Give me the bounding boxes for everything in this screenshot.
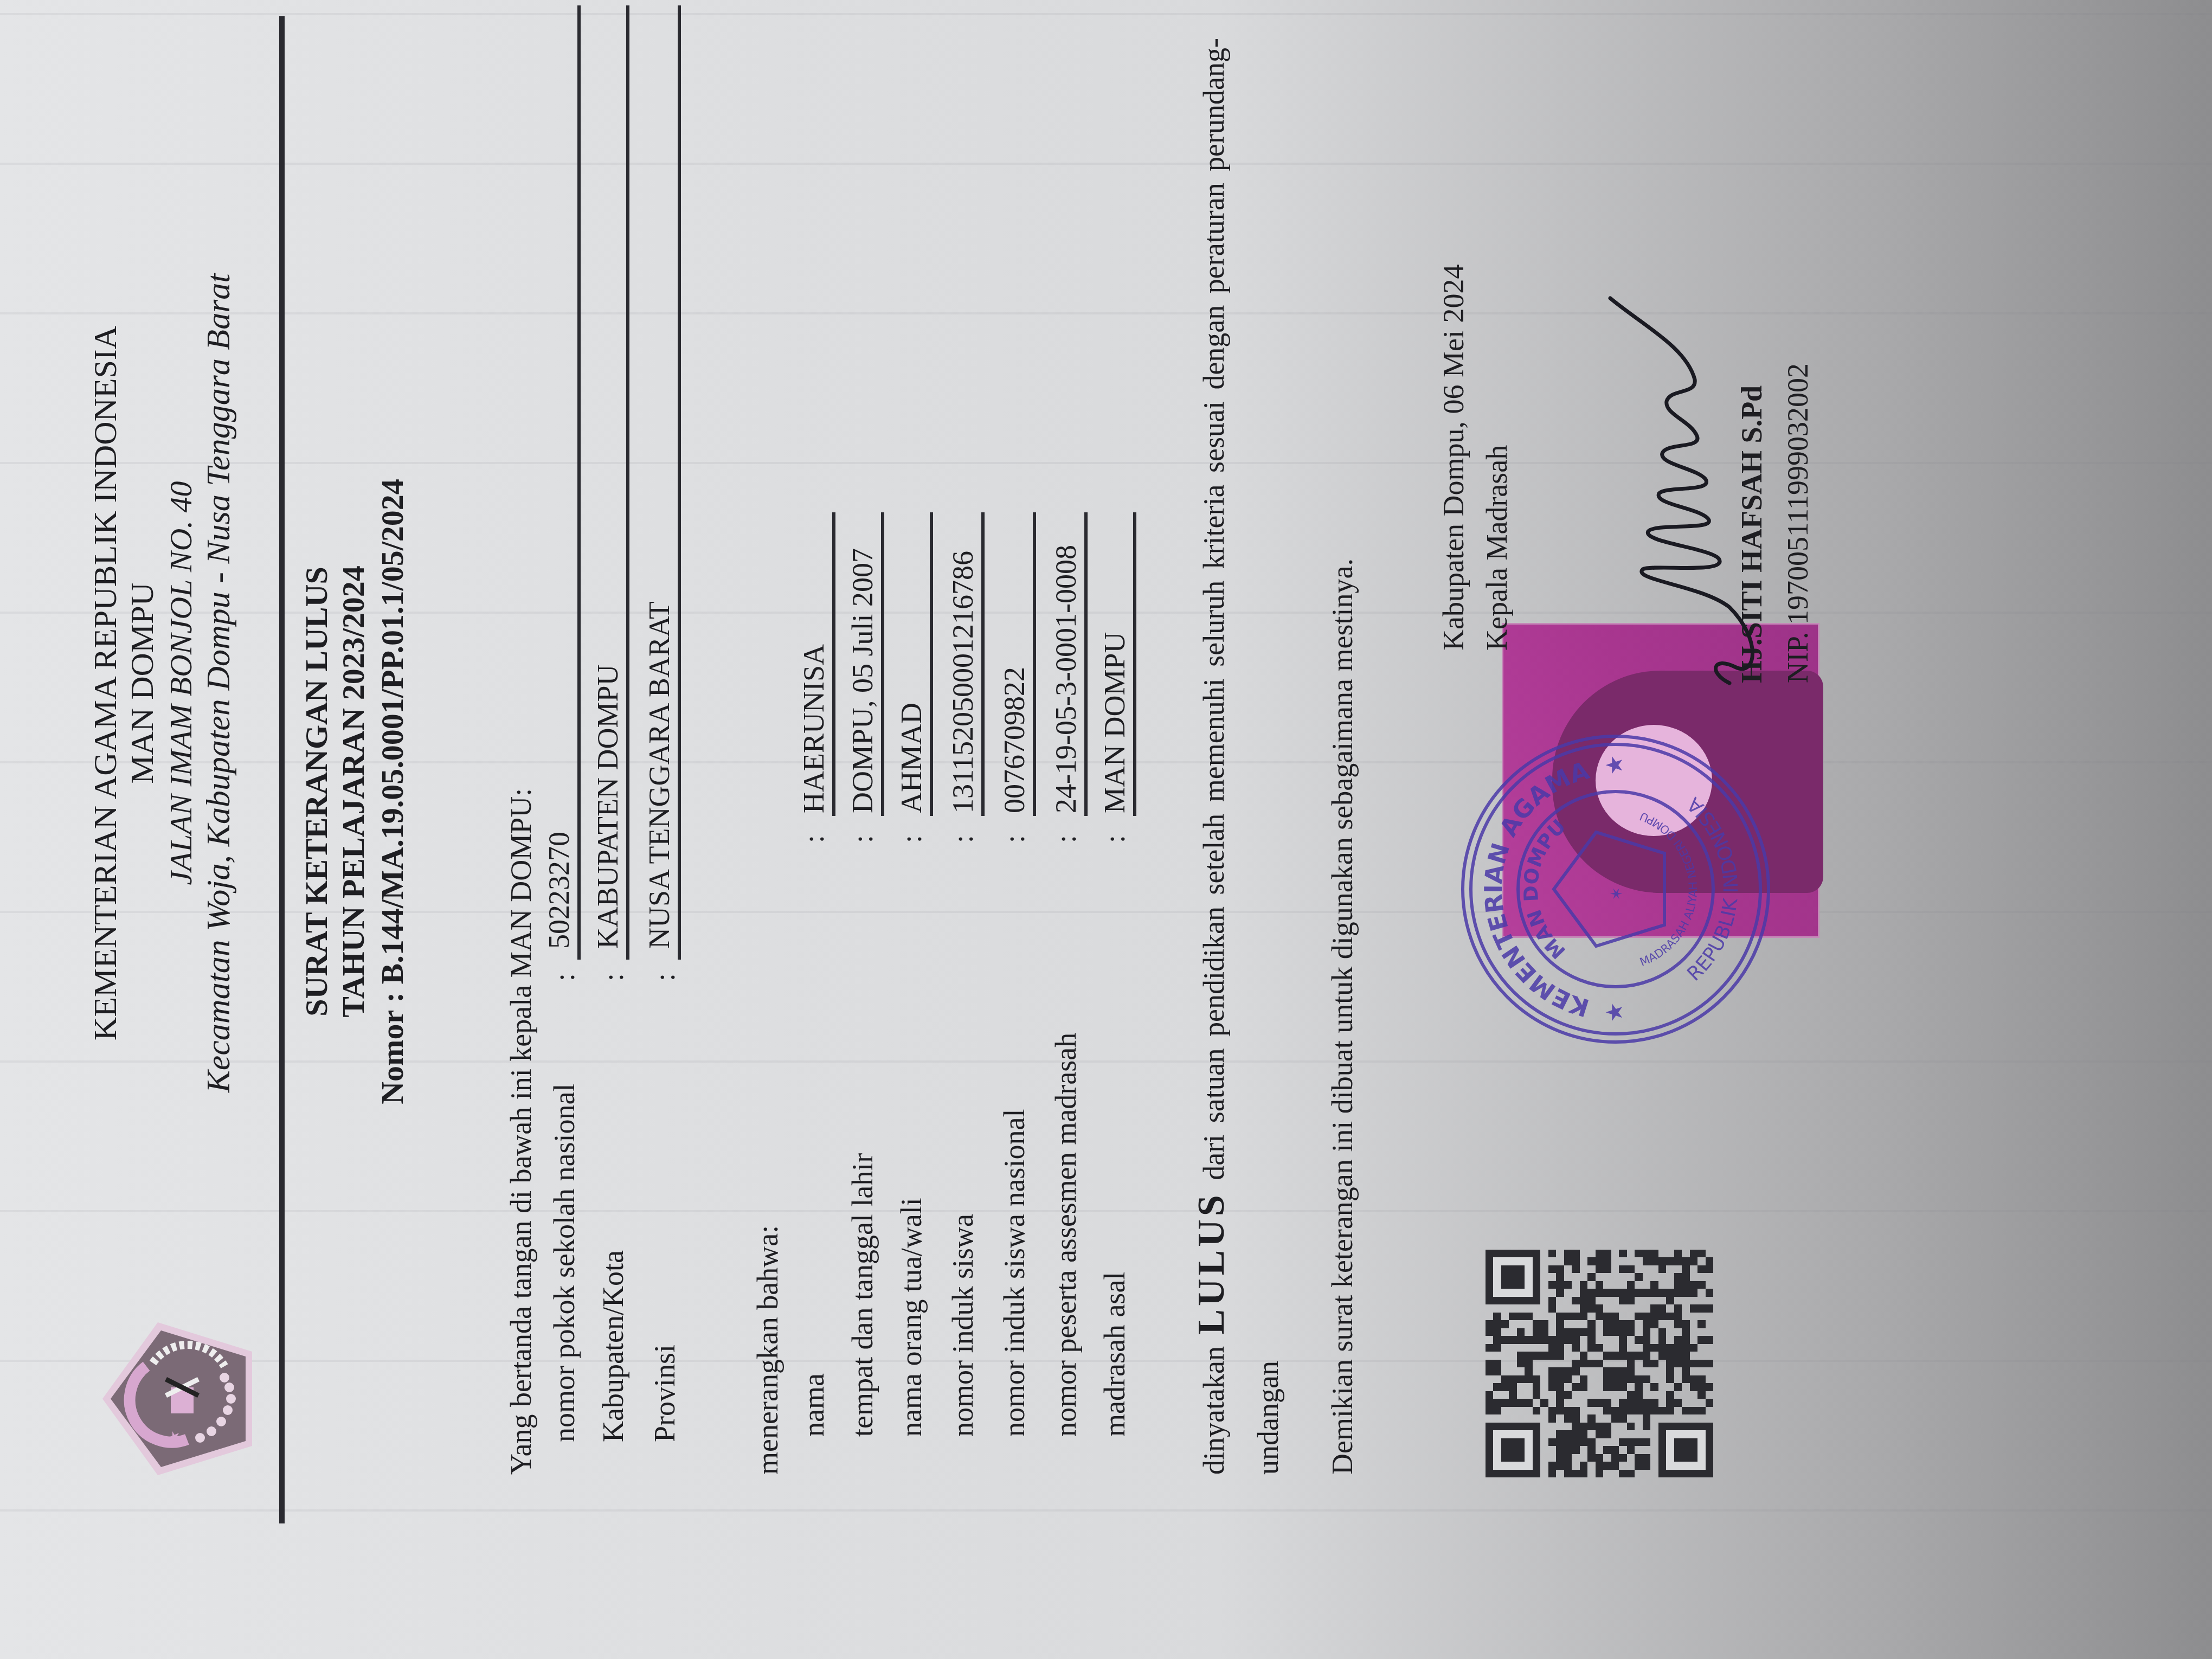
svg-text:★: ★	[1601, 1002, 1628, 1023]
colon: :	[797, 835, 831, 843]
underline	[832, 512, 835, 816]
school-address: JALAN IMAM BONJOL NO. 40	[163, 33, 199, 1334]
colon: :	[548, 973, 581, 981]
kabupaten-label: Kabupaten/Kota	[596, 1250, 630, 1442]
colon: :	[998, 835, 1031, 843]
wali-label: nama orang tua/wali	[895, 1198, 928, 1437]
npsn-label: nomor pokok sekolah nasional	[548, 1084, 581, 1442]
madrasah-asal-label: madrasah asal	[1098, 1272, 1131, 1437]
svg-text:✶: ✶	[1607, 887, 1626, 901]
underline	[881, 512, 884, 816]
underline	[577, 5, 581, 960]
nisn-value: 0076709822	[998, 667, 1031, 813]
nomor-peserta-value: 24-19-05-3-0001-0008	[1049, 545, 1083, 813]
underline	[1033, 512, 1036, 816]
nis-value: 131152050001216786	[946, 551, 980, 813]
colon: :	[895, 835, 928, 843]
colon: :	[846, 835, 879, 843]
underline	[626, 5, 629, 960]
provinsi-value: NUSA TENGGARA BARAT	[642, 601, 676, 949]
graduation-statement: dinyatakan LULUS dari satuan pendidikan …	[1185, 38, 1295, 1475]
underline	[678, 5, 681, 960]
colon: :	[1098, 835, 1131, 843]
status-lulus: LULUS	[1191, 1192, 1232, 1334]
colon: :	[946, 835, 980, 843]
svg-text:MADRASAH ALIYAH NEGERI DOMPU: MADRASAH ALIYAH NEGERI DOMPU	[1638, 809, 1700, 969]
svg-text:★: ★	[1601, 755, 1628, 775]
nis-label: nomor induk siswa	[946, 1214, 980, 1437]
ministry-name: KEMENTERIAN AGAMA REPUBLIK INDONESIA	[87, 33, 124, 1334]
underline	[1133, 512, 1136, 816]
madrasah-asal-value: MAN DOMPU	[1098, 632, 1131, 813]
svg-text:MAN DOMPU: MAN DOMPU	[1520, 815, 1570, 963]
official-stamp-icon: KEMENTERIAN AGAMA REPUBLIK INDONESIA MAN…	[1453, 726, 1778, 1052]
school-intro: Yang bertanda tangan di bawah ini kepala…	[504, 788, 538, 1475]
colon: :	[648, 973, 681, 981]
title-heading: SURAT KETERANGAN LULUS	[298, 304, 335, 1279]
colon: :	[1049, 835, 1083, 843]
certificate-paper: KEMENTERIAN AGAMA REPUBLIK INDONESIA MAN…	[0, 0, 2212, 1659]
ttl-label: tempat dan tanggal lahir	[846, 1153, 879, 1437]
kabupaten-value: KABUPATEN DOMPU	[591, 664, 625, 949]
qr-code-icon	[1486, 1247, 1713, 1480]
document-number: Nomor : B.144/MA.19.05.0001/PP.01.1/05/2…	[374, 304, 410, 1279]
underline	[930, 512, 933, 816]
kemenag-emblem-icon	[98, 1317, 260, 1480]
colon: :	[596, 973, 630, 981]
school-name: MAN DOMPU	[124, 33, 161, 1334]
student-intro: menerangkan bahwa:	[751, 1225, 785, 1475]
nomor-peserta-label: nomor peserta assesmen madrasah	[1049, 1033, 1083, 1437]
underline	[1084, 512, 1088, 816]
nisn-label: nomor induk siswa nasional	[998, 1109, 1031, 1437]
nama-value: HAERUNISA	[797, 644, 831, 813]
school-region: Kecamatan Woja, Kabupaten Dompu - Nusa T…	[200, 33, 238, 1334]
signer-nip: NIP. 197005111999032002	[1781, 195, 1815, 683]
wali-value: AHMAD	[895, 703, 928, 813]
npsn-value: 50223270	[542, 832, 576, 949]
closing-sentence: Demikian surat keterangan ini dibuat unt…	[1326, 558, 1359, 1475]
title-year: TAHUN PELAJARAN 2023/2024	[335, 304, 371, 1279]
statement-prefix: dinyatakan	[1198, 1346, 1230, 1475]
provinsi-label: Provinsi	[648, 1345, 681, 1442]
place-date: Kabupaten Dompu, 06 Mei 2024	[1437, 163, 1470, 651]
signer-role: Kepala Madrasah	[1480, 163, 1514, 651]
handwritten-signature-icon	[1599, 293, 1778, 705]
underline	[981, 512, 985, 816]
letterhead-rule	[279, 16, 285, 1523]
nama-label: nama	[797, 1373, 831, 1437]
ttl-value: DOMPU, 05 Juli 2007	[846, 548, 879, 813]
